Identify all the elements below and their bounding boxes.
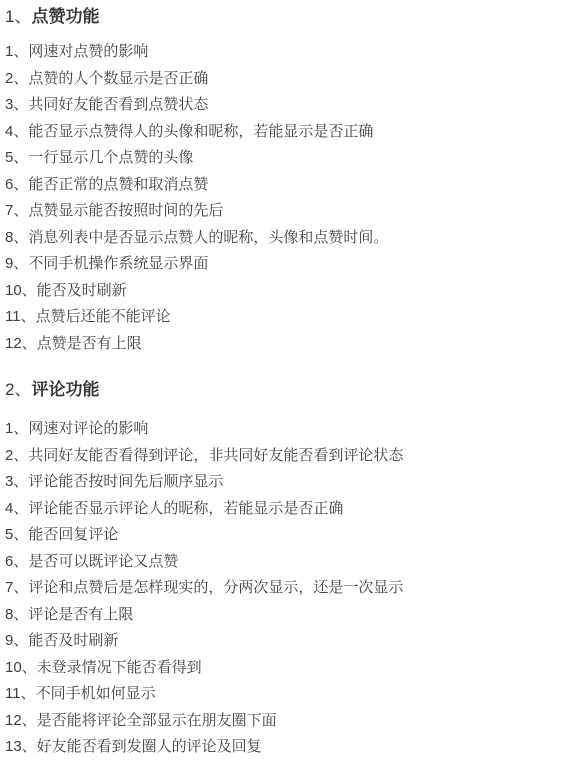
section-heading-like-number: 1、 [5,7,31,26]
list-item: 12、是否能将评论全部显示在朋友圈下面 [5,708,555,735]
list-item: 5、一行显示几个点赞的头像 [5,145,555,172]
section-heading-comment-title: 评论功能 [31,380,99,399]
document-body: 1、点赞功能 1、网速对点赞的影响2、点赞的人个数显示是否正确3、共同好友能否看… [5,4,555,761]
section-heading-comment: 2、评论功能 [5,377,555,403]
list-item: 13、好友能否看到发圈人的评论及回复 [5,734,555,761]
list-item: 8、评论是否有上限 [5,602,555,629]
list-item: 6、是否可以既评论又点赞 [5,549,555,576]
list-item: 9、不同手机操作系统显示界面 [5,251,555,278]
list-item: 10、未登录情况下能否看得到 [5,655,555,682]
section-heading-comment-number: 2、 [5,380,31,399]
list-item: 11、点赞后还能不能评论 [5,304,555,331]
list-item: 10、能否及时刷新 [5,278,555,305]
list-item: 5、能否回复评论 [5,522,555,549]
comment-feature-test-list: 1、网速对评论的影响2、共同好友能否看得到评论，非共同好友能否看到评论状态3、评… [5,416,555,761]
list-item: 8、消息列表中是否显示点赞人的昵称，头像和点赞时间。 [5,225,555,252]
section-heading-like-title: 点赞功能 [31,7,99,26]
list-item: 4、能否显示点赞得人的头像和昵称，若能显示是否正确 [5,119,555,146]
list-item: 1、网速对点赞的影响 [5,39,555,66]
list-item: 2、共同好友能否看得到评论，非共同好友能否看到评论状态 [5,443,555,470]
list-item: 7、点赞显示能否按照时间的先后 [5,198,555,225]
list-item: 12、点赞是否有上限 [5,331,555,358]
list-item: 3、共同好友能否看到点赞状态 [5,92,555,119]
list-item: 4、评论能否显示评论人的昵称，若能显示是否正确 [5,496,555,523]
list-item: 7、评论和点赞后是怎样现实的，分两次显示，还是一次显示 [5,575,555,602]
list-item: 2、点赞的人个数显示是否正确 [5,66,555,93]
list-item: 9、能否及时刷新 [5,628,555,655]
list-item: 1、网速对评论的影响 [5,416,555,443]
section-heading-like: 1、点赞功能 [5,4,555,30]
list-item: 11、不同手机如何显示 [5,681,555,708]
like-feature-test-list: 1、网速对点赞的影响2、点赞的人个数显示是否正确3、共同好友能否看到点赞状态4、… [5,39,555,357]
list-item: 3、评论能否按时间先后顺序显示 [5,469,555,496]
list-item: 6、能否正常的点赞和取消点赞 [5,172,555,199]
